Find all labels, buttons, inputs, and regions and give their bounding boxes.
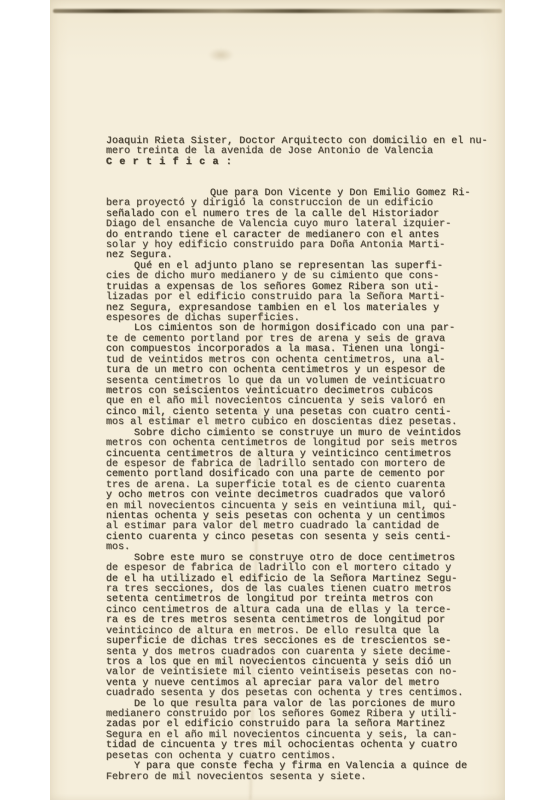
document-line: metros con ochenta centimetros de longit… xyxy=(106,439,498,449)
document-line: ciento cuarenta y cinco pesetas con sese… xyxy=(106,533,498,543)
paragraph-7: Y para que conste fecha y firma en Valen… xyxy=(106,762,498,783)
paragraph-1: Que para Don Vicente y Don Emilio Gomez … xyxy=(106,189,498,262)
paragraph-3: Los cimientos son de hormigon dosificado… xyxy=(106,324,498,428)
document-line: de espesor de fabrica de ladrillo con el… xyxy=(106,564,498,574)
document-line: Febrero de mil novecientos sesenta y sie… xyxy=(106,773,498,783)
document-line: superficie de dichas tres secciones es d… xyxy=(106,637,498,647)
document-line: tura de un metro con ochenta centimetros… xyxy=(106,366,498,376)
scanned-paper: Joaquin Rieta Sister, Doctor Arquitecto … xyxy=(50,0,505,800)
certificate-document: Joaquin Rieta Sister, Doctor Arquitecto … xyxy=(106,116,498,800)
paragraph-5: Sobre este muro se construye otro de doc… xyxy=(106,554,498,700)
paper-smudge xyxy=(208,48,234,62)
document-body: Que para Don Vicente y Don Emilio Gomez … xyxy=(106,189,498,783)
paper-top-edge xyxy=(53,9,502,13)
document-header: Joaquin Rieta Sister, Doctor Arquitecto … xyxy=(106,137,498,168)
document-line: Y para que conste fecha y firma en Valen… xyxy=(106,762,498,772)
paragraph-4: Sobre dicho cimiento se construye un mur… xyxy=(106,429,498,554)
certifica-line: C e r t i f i c a : xyxy=(106,158,498,168)
paragraph-6: De lo que resulta para valor de las porc… xyxy=(106,700,498,763)
paragraph-2: Qué en el adjunto plano se representan l… xyxy=(106,262,498,325)
